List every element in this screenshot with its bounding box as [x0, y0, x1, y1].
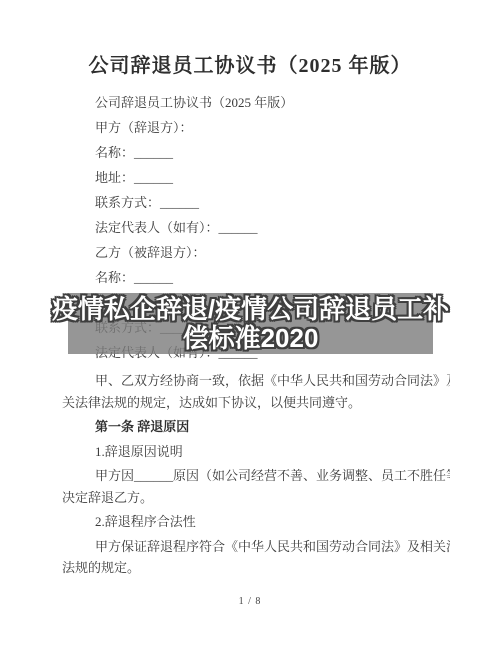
document-page: 公司辞退员工协议书（2025 年版） 公司辞退员工协议书（2025 年版） 甲方… — [0, 0, 500, 647]
doc-line-clause1-heading: 第一条 辞退原因 — [62, 416, 450, 438]
doc-line-item1: 1.辞退原因说明 — [62, 441, 450, 463]
page-number: 1 / 8 — [0, 594, 500, 610]
doc-line-party-b: 乙方（被辞退方）： — [62, 240, 450, 265]
watermark-text-line1: 疫情私企辞退/疫情公司辞退员工补 — [52, 295, 449, 324]
doc-line-reason-2: 决定辞退乙方。 — [62, 487, 450, 509]
document-title: 公司辞退员工协议书（2025 年版） — [0, 51, 500, 81]
doc-line-intro-1: 甲、乙双方经协商一致，依据《中华人民共和国劳动合同法》及相 — [62, 370, 450, 392]
doc-line-party-a: 甲方（辞退方）： — [62, 115, 450, 140]
doc-line-item2: 2.辞退程序合法性 — [62, 511, 450, 533]
doc-line-intro-2: 关法律法规的规定，达成如下协议，以便共同遵守。 — [62, 392, 450, 414]
doc-line-a-contact: 联系方式：______ — [62, 190, 450, 215]
watermark-text-line2: 偿标准2020 — [183, 324, 319, 353]
doc-line-a-representative: 法定代表人（如有）：______ — [62, 215, 450, 240]
doc-line-reason-1: 甲方因______原因（如公司经营不善、业务调整、员工不胜任等） — [62, 465, 450, 487]
doc-line-legality-2: 法规的规定。 — [62, 557, 450, 579]
doc-line-a-address: 地址：______ — [62, 165, 450, 190]
doc-line-legality-1: 甲方保证辞退程序符合《中华人民共和国劳动合同法》及相关法律 — [62, 536, 450, 558]
doc-line-b-name: 名称：______ — [62, 265, 450, 290]
doc-line-title-repeat: 公司辞退员工协议书（2025 年版） — [62, 90, 450, 115]
watermark-overlay: 疫情私企辞退/疫情公司辞退员工补 偿标准2020 — [68, 293, 433, 354]
doc-line-a-name: 名称：______ — [62, 140, 450, 165]
